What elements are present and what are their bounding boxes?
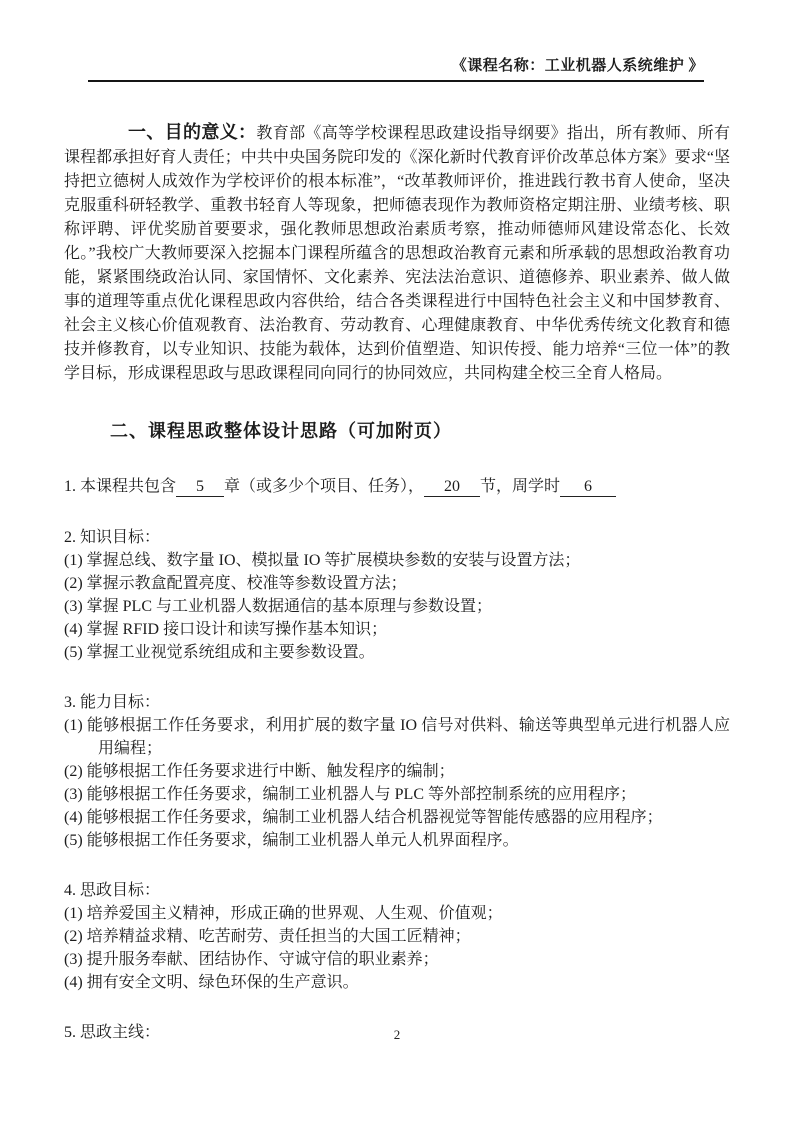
ability-objectives-heading: 3. 能力目标： bbox=[64, 691, 730, 714]
chapter-count-blank: 5 bbox=[176, 477, 224, 497]
course-summary-mid1: 章（或多少个项目、任务）， bbox=[224, 478, 424, 495]
section-purpose-heading: 一、目的意义： bbox=[128, 122, 256, 142]
chapter-count-value: 5 bbox=[196, 478, 204, 495]
ability-objective-item: (1) 能够根据工作任务要求，利用扩展的数字量 IO 信号对供料、输送等典型单元… bbox=[64, 714, 730, 760]
ideology-objective-item: (4) 拥有安全文明、绿色环保的生产意识。 bbox=[64, 971, 730, 994]
ability-objective-item: (5) 能够根据工作任务要求，编制工业机器人单元人机界面程序。 bbox=[64, 829, 730, 852]
ideology-objective-item: (2) 培养精益求精、吃苦耐劳、责任担当的大国工匠精神； bbox=[64, 925, 730, 948]
ability-objective-item: (4) 能够根据工作任务要求，编制工业机器人结合机器视觉等智能传感器的应用程序； bbox=[64, 806, 730, 829]
course-summary-prefix: 1. 本课程共包含 bbox=[64, 478, 176, 495]
course-summary-mid2: 节，周学时 bbox=[480, 478, 560, 495]
page-number: 2 bbox=[0, 1027, 794, 1043]
knowledge-objective-item: (5) 掌握工业视觉系统组成和主要参数设置。 bbox=[64, 641, 730, 664]
knowledge-objectives-group: 2. 知识目标： (1) 掌握总线、数字量 IO、模拟量 IO 等扩展模块参数的… bbox=[64, 526, 730, 664]
section-count-blank: 20 bbox=[424, 477, 480, 497]
ability-objectives-group: 3. 能力目标： (1) 能够根据工作任务要求，利用扩展的数字量 IO 信号对供… bbox=[64, 691, 730, 852]
ability-objective-item: (3) 能够根据工作任务要求，编制工业机器人与 PLC 等外部控制系统的应用程序… bbox=[64, 783, 730, 806]
knowledge-objective-item: (1) 掌握总线、数字量 IO、模拟量 IO 等扩展模块参数的安装与设置方法； bbox=[64, 549, 730, 572]
weekly-hours-blank: 6 bbox=[560, 477, 616, 497]
ideology-objective-item: (1) 培养爱国主义精神，形成正确的世界观、人生观、价值观； bbox=[64, 902, 730, 925]
knowledge-objective-item: (4) 掌握 RFID 接口设计和读写操作基本知识； bbox=[64, 618, 730, 641]
course-name-title: 《课程名称：工业机器人系统维护 》 bbox=[452, 58, 704, 74]
document-page: 《课程名称：工业机器人系统维护 》 一、目的意义：教育部《高等学校课程思政建设指… bbox=[0, 0, 794, 1044]
weekly-hours-value: 6 bbox=[584, 478, 592, 495]
knowledge-objective-item: (2) 掌握示教盒配置亮度、校准等参数设置方法； bbox=[64, 572, 730, 595]
page-header: 《课程名称：工业机器人系统维护 》 bbox=[88, 54, 704, 82]
ideology-objective-item: (3) 提升服务奉献、团结协作、守诚守信的职业素养； bbox=[64, 948, 730, 971]
knowledge-objectives-heading: 2. 知识目标： bbox=[64, 526, 730, 549]
section-count-value: 20 bbox=[444, 478, 460, 495]
ability-objective-item: (2) 能够根据工作任务要求进行中断、触发程序的编制； bbox=[64, 760, 730, 783]
section-purpose-paragraph: 一、目的意义：教育部《高等学校课程思政建设指导纲要》指出，所有教师、所有课程都承… bbox=[64, 120, 730, 386]
course-summary-line: 1. 本课程共包含5章（或多少个项目、任务），20节，周学时6 bbox=[64, 475, 730, 499]
section-design-heading: 二、课程思政整体设计思路（可加附页） bbox=[110, 417, 730, 443]
ideology-objectives-heading: 4. 思政目标： bbox=[64, 879, 730, 902]
section-purpose-body: 教育部《高等学校课程思政建设指导纲要》指出，所有教师、所有课程都承担好育人责任；… bbox=[64, 125, 730, 382]
ideology-objectives-group: 4. 思政目标： (1) 培养爱国主义精神，形成正确的世界观、人生观、价值观； … bbox=[64, 879, 730, 994]
knowledge-objective-item: (3) 掌握 PLC 与工业机器人数据通信的基本原理与参数设置； bbox=[64, 595, 730, 618]
